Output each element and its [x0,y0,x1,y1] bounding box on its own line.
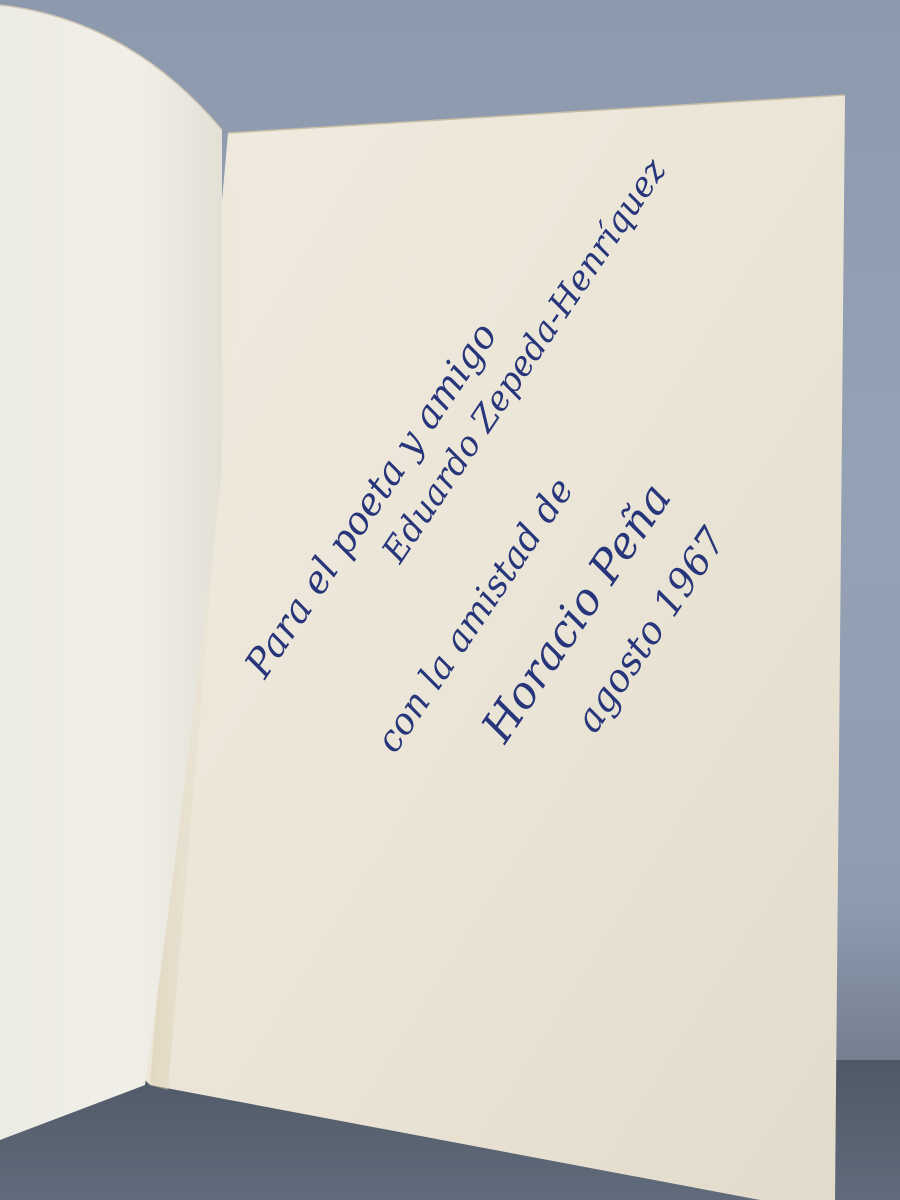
photo-scene: Para el poeta y amigo Eduardo Zepeda-Hen… [0,0,900,1200]
left-page [0,0,900,1200]
